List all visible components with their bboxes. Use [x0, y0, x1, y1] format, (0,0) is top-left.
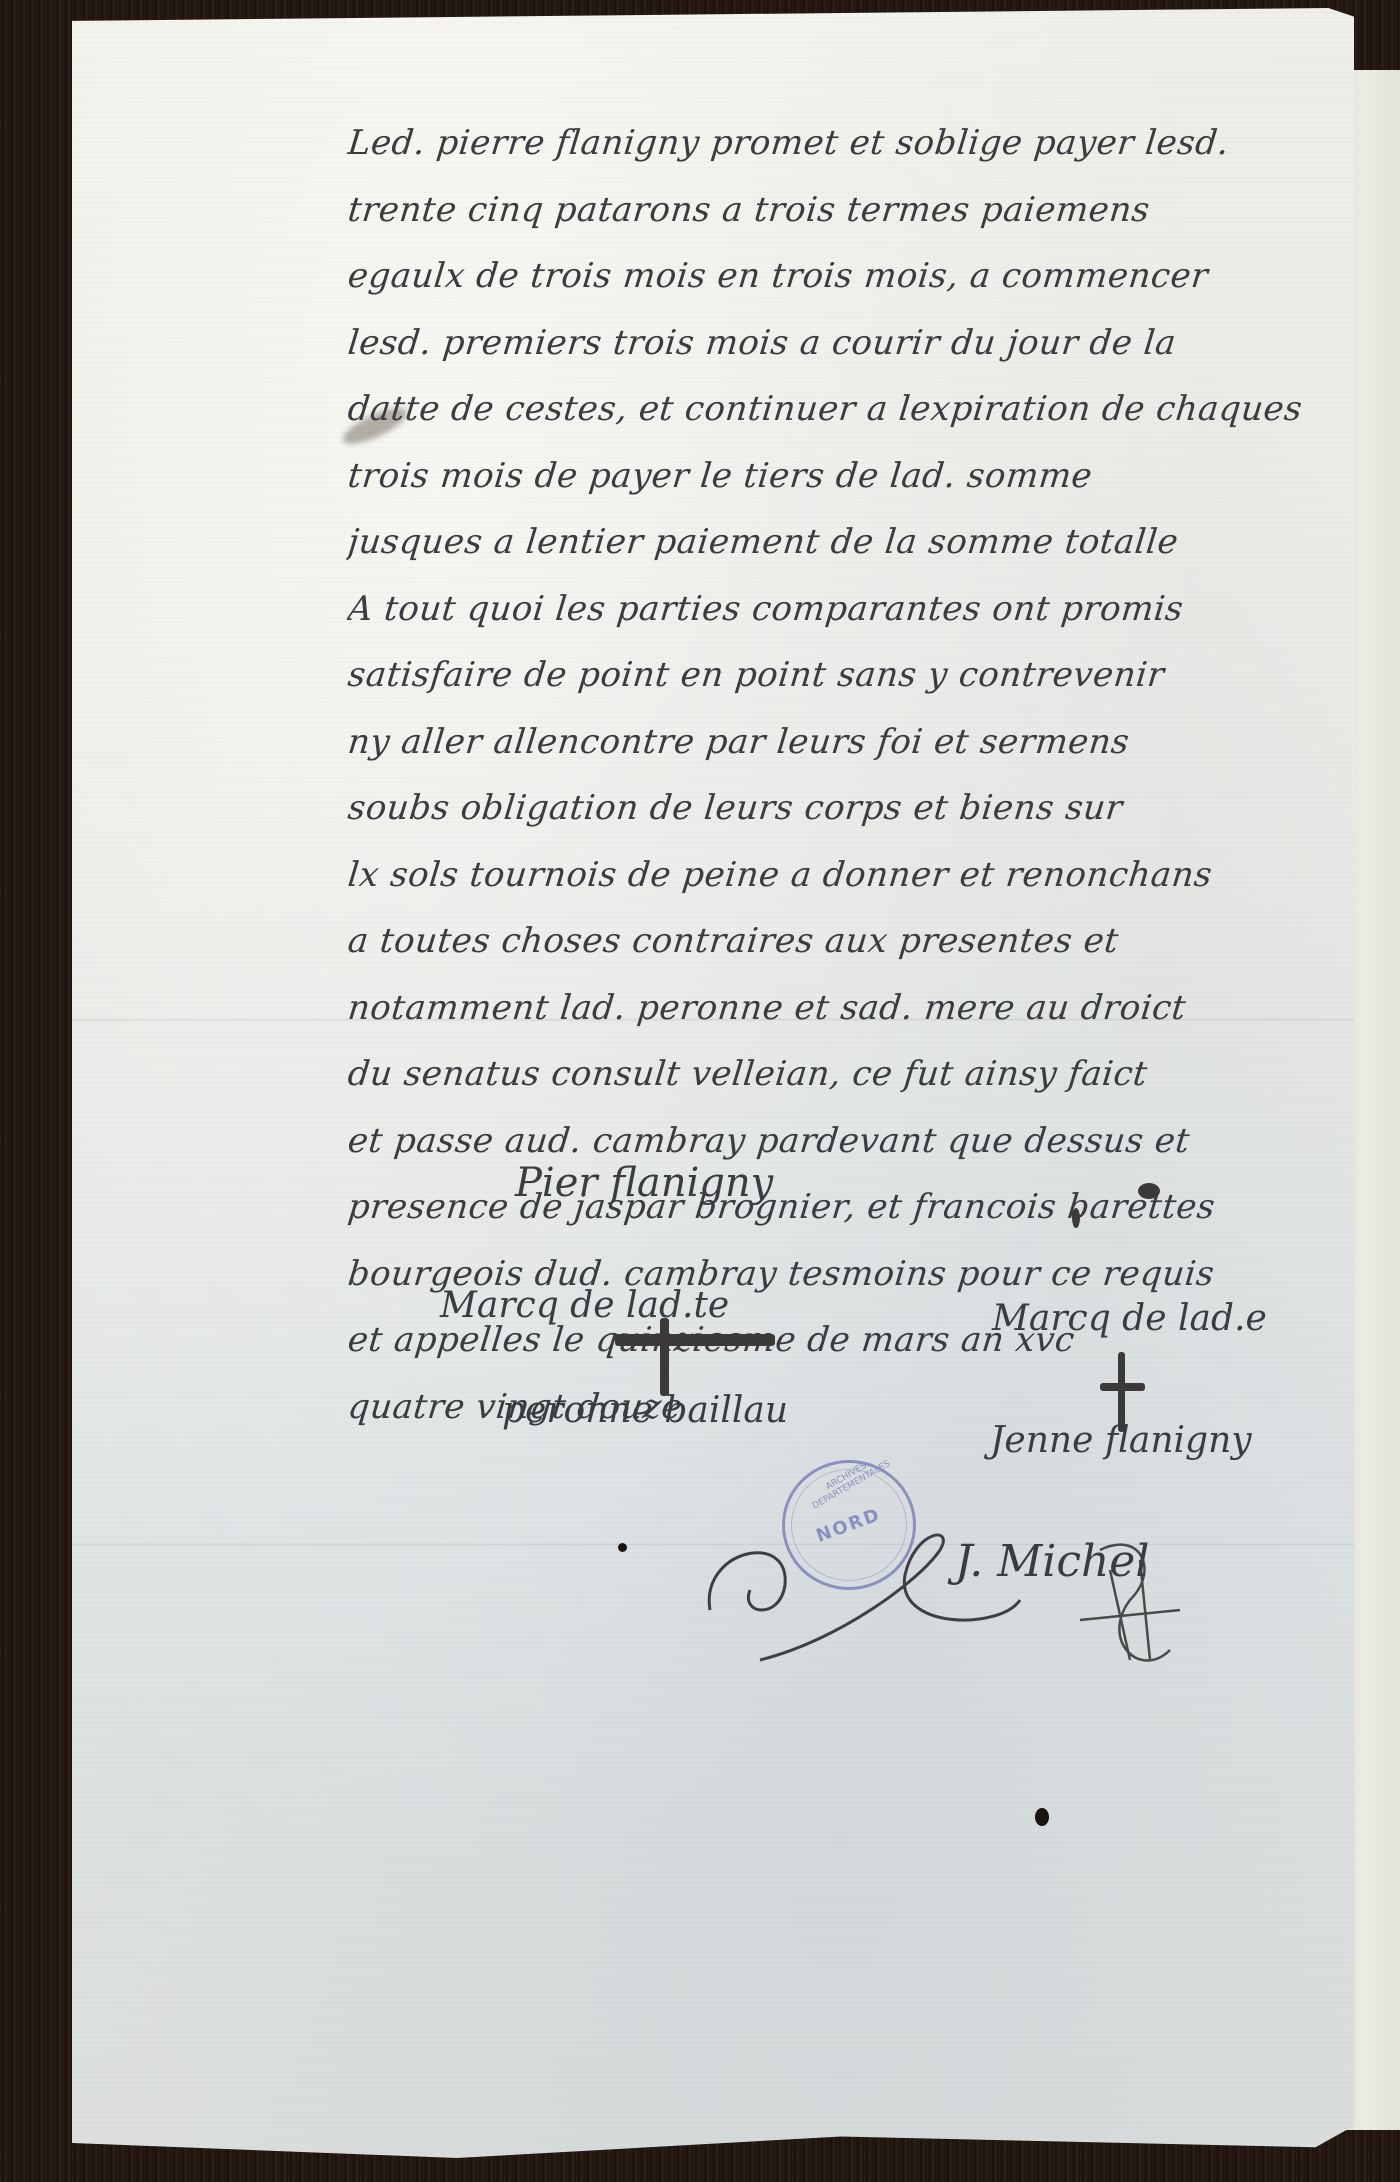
text-line: trois mois de payer le tiers de lad. som… [345, 443, 1342, 510]
text-line: datte de cestes, et continuer a lexpirat… [345, 376, 1342, 443]
text-line: notamment lad. peronne et sad. mere au d… [345, 975, 1342, 1042]
mark-name-right: Jenne flanigny [990, 1420, 1252, 1461]
text-line: et passe aud. cambray pardevant que dess… [345, 1108, 1342, 1175]
text-line: presence de jaspar brognier, et francois… [345, 1174, 1342, 1241]
text-line: trente cinq patarons a trois termes paie… [345, 177, 1342, 244]
mark-label-right: Marcq de lad.e [992, 1298, 1267, 1339]
mark-label-left: Marcq de lad.te [440, 1285, 729, 1326]
cross-mark-left-vertical [660, 1318, 669, 1396]
text-line: Led. pierre flanigny promet et soblige p… [345, 110, 1342, 177]
cross-mark-left-horizontal [615, 1334, 775, 1346]
notary-flourish [700, 1490, 1200, 1690]
text-line: egaulx de trois mois en trois mois, a co… [345, 243, 1342, 310]
text-line: a toutes choses contraires aux presentes… [345, 908, 1342, 975]
text-line: lx sols tournois de peine a donner et re… [345, 842, 1342, 909]
text-line: satisfaire de point en point sans y cont… [345, 642, 1342, 709]
ink-blot [1072, 1208, 1080, 1228]
text-line: ny aller allencontre par leurs foi et se… [345, 709, 1342, 776]
paper-hole [1035, 1808, 1049, 1826]
signature-pierre-flanigny: Pier flanigny [515, 1160, 773, 1206]
text-line: du senatus consult velleian, ce fut ains… [345, 1041, 1342, 1108]
text-line: lesd. premiers trois mois a courir du jo… [345, 310, 1342, 377]
text-line: soubs obligation de leurs corps et biens… [345, 775, 1342, 842]
paper-hole [618, 1543, 627, 1552]
text-line: jusques a lentier paiement de la somme t… [345, 509, 1342, 576]
notary-signature: J. Michel [955, 1536, 1149, 1587]
text-line: A tout quoi les parties comparantes ont … [345, 576, 1342, 643]
ink-blot [1138, 1183, 1160, 1199]
deed-body-text: Led. pierre flanigny promet et soblige p… [348, 110, 1338, 1440]
mark-name-left: peronne baillau [502, 1390, 788, 1431]
